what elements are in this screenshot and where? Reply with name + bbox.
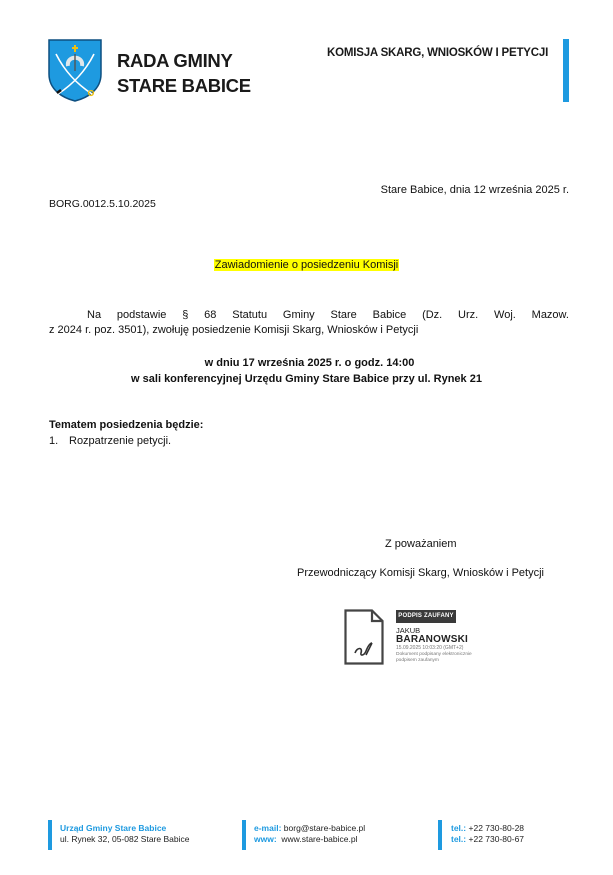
meeting-where: w sali konferencyjnej Urzędu Gminy Stare… xyxy=(0,371,613,387)
signer-last-name: BARANOWSKI xyxy=(396,634,468,645)
signature-badge: PODPIS ZAUFANY xyxy=(396,610,456,623)
footer-phones: tel.: +22 730-80-28tel.: +22 730-80-67 xyxy=(451,823,524,845)
paragraph-word: § xyxy=(182,308,188,323)
meeting-when: w dniu 17 września 2025 r. o godz. 14:00 xyxy=(0,355,613,371)
committee-name: KOMISJA SKARG, WNIOSKÓW I PETYCJI xyxy=(327,47,548,59)
document-title: Zawiadomienie o posiedzeniu Komisji xyxy=(0,259,613,271)
paragraph-word: podstawie xyxy=(117,308,167,323)
paragraph-word: Statutu xyxy=(232,308,267,323)
title-text: Zawiadomienie o posiedzeniu Komisji xyxy=(214,259,399,271)
footer-contact: e-mail: borg@stare-babice.pl www: www.st… xyxy=(254,823,365,845)
topics-heading: Tematem posiedzenia będzie: xyxy=(49,419,203,431)
paragraph-word: Gminy xyxy=(283,308,315,323)
topic-number: 1. xyxy=(49,435,69,447)
footer-office: Urząd Gminy Stare Babice ul. Rynek 32, 0… xyxy=(60,823,189,845)
office-address: ul. Rynek 32, 05-082 Stare Babice xyxy=(60,834,189,845)
phone-label: tel.: xyxy=(451,823,466,833)
date-line: Stare Babice, dnia 12 września 2025 r. xyxy=(381,184,569,196)
paragraph-line-1: Napodstawie§68StatutuGminyStareBabice(Dz… xyxy=(49,308,569,323)
phone-entry: tel.: +22 730-80-67 xyxy=(451,834,524,845)
website-link[interactable]: www.stare-babice.pl xyxy=(281,834,357,844)
signature-note: Dokument podpisany elektronicznie podpis… xyxy=(396,652,476,664)
email-link[interactable]: borg@stare-babice.pl xyxy=(284,823,365,833)
footer-accent-bar xyxy=(48,820,52,850)
org-name-line2: STARE BABICE xyxy=(117,73,251,98)
signer-role: Przewodniczący Komisji Skarg, Wniosków i… xyxy=(297,567,544,579)
paragraph-line-2: z 2024 r. poz. 3501), zwołuję posiedzeni… xyxy=(49,323,569,338)
paragraph-word: Stare xyxy=(331,308,357,323)
footer-accent-bar xyxy=(438,820,442,850)
paragraph-word: (Dz. xyxy=(422,308,442,323)
topic-item: 1.Rozpatrzenie petycji. xyxy=(49,435,171,447)
paragraph-word: Na xyxy=(49,308,101,323)
footer-accent-bar xyxy=(242,820,246,850)
paragraph-word: Mazow. xyxy=(532,308,569,323)
closing-salutation: Z poważaniem xyxy=(385,538,457,550)
phone-entry: tel.: +22 730-80-28 xyxy=(451,823,524,834)
reference-number: BORG.0012.5.10.2025 xyxy=(49,198,156,210)
topics-list: 1.Rozpatrzenie petycji. xyxy=(49,435,171,447)
topic-text: Rozpatrzenie petycji. xyxy=(69,435,171,447)
org-name-line1: RADA GMINY xyxy=(117,48,251,73)
paragraph-word: 68 xyxy=(204,308,216,323)
www-label: www: xyxy=(254,834,277,844)
organization-name: RADA GMINY STARE BABICE xyxy=(117,48,251,98)
body-paragraph: Napodstawie§68StatutuGminyStareBabice(Dz… xyxy=(49,308,569,338)
header-accent-bar xyxy=(563,39,569,102)
paragraph-word: Urz. xyxy=(458,308,478,323)
signature-timestamp: 15.09.2025 10:03:20 (GMT+2) xyxy=(396,645,463,651)
email-label: e-mail: xyxy=(254,823,281,833)
paragraph-word: Babice xyxy=(373,308,407,323)
office-name: Urząd Gminy Stare Babice xyxy=(60,823,189,834)
phone-number[interactable]: +22 730-80-28 xyxy=(469,823,525,833)
phone-number[interactable]: +22 730-80-67 xyxy=(469,834,525,844)
signed-document-icon xyxy=(344,609,384,665)
coat-of-arms-icon xyxy=(47,38,103,102)
meeting-details: w dniu 17 września 2025 r. o godz. 14:00… xyxy=(0,355,613,387)
phone-label: tel.: xyxy=(451,834,466,844)
paragraph-word: Woj. xyxy=(494,308,516,323)
